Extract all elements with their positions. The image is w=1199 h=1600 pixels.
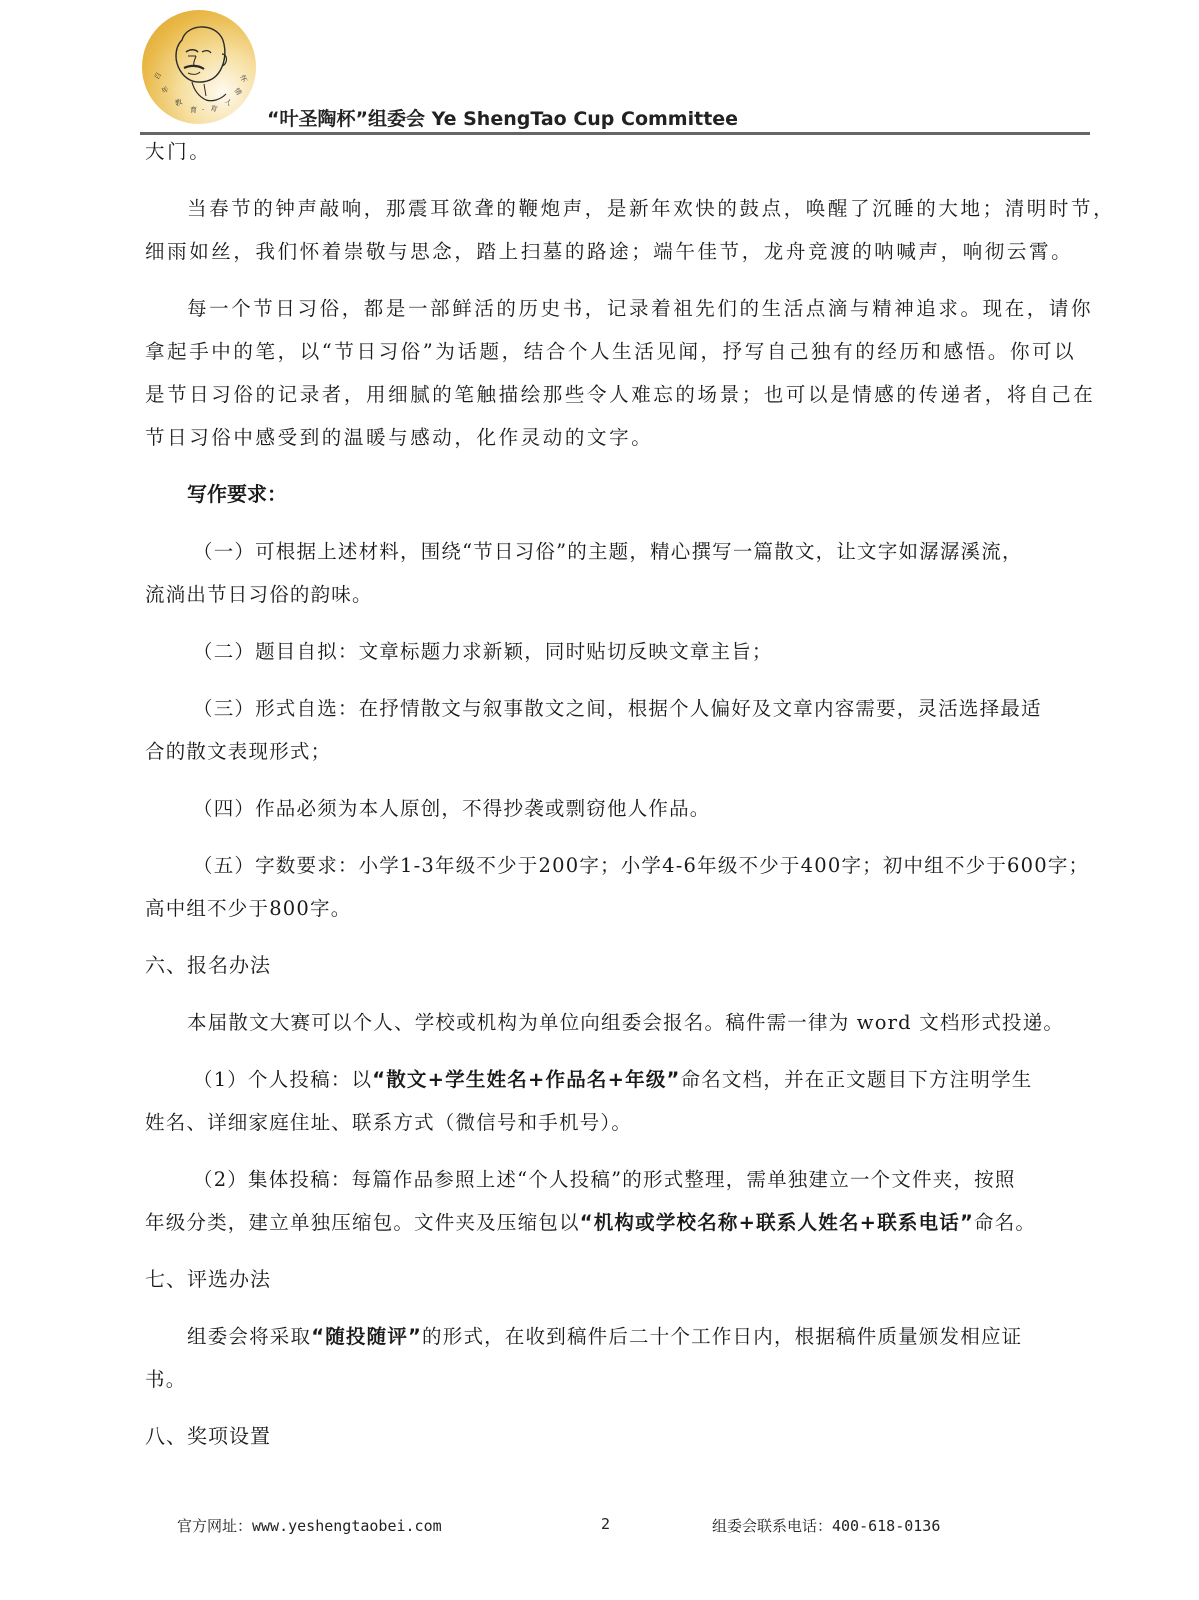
requirement-item-5: （五）字数要求：小学1-3年级不少于200字；小学4-6年级不少于400字；初中…	[145, 844, 1069, 930]
item-suffix: 命名文档，并在正文题目下方注明学生	[681, 1068, 1033, 1091]
requirement-item-1: （一）可根据上述材料，围绕“节日习俗”的主题，精心撰写一篇散文，让文字如潺潺溪流…	[145, 530, 1069, 616]
ye-shengtao-logo: 百 年 教 育 · 育 人 情 怀	[142, 10, 256, 124]
naming-format-individual: “散文+学生姓名+作品名+年级”	[372, 1068, 680, 1091]
eval-suffix: 的形式，在收到稿件后二十个工作日内，根据稿件质量颁发相应证	[422, 1325, 1022, 1348]
svg-text:育: 育	[209, 103, 218, 114]
requirement-line: （2）集体投稿：每篇作品参照上述“个人投稿”的形式整理，需单独建立一个文件夹，按…	[145, 1158, 1069, 1201]
paragraph-line: 拿起手中的笔，以“节日习俗”为话题，结合个人生活见闻，抒写自己独有的经历和感悟。…	[145, 330, 1069, 373]
section-heading-awards: 八、奖项设置	[145, 1415, 1069, 1458]
svg-text:人: 人	[223, 96, 234, 107]
eval-prefix: 组委会将采取	[187, 1325, 311, 1348]
page-footer: 官方网址：www.yeshengtaobei.com 2 组委会联系电话：400…	[0, 1515, 1199, 1545]
registration-intro: 本届散文大赛可以个人、学校或机构为单位向组委会报名。稿件需一律为 word 文档…	[145, 1001, 1069, 1044]
requirement-line: （五）字数要求：小学1-3年级不少于200字；小学4-6年级不少于400字；初中…	[145, 844, 1069, 887]
paragraph-line: 节日习俗中感受到的温暖与感动，化作灵动的文字。	[145, 416, 1069, 459]
svg-text:百: 百	[153, 71, 163, 81]
naming-format-group: “机构或学校名称+联系人姓名+联系电话”	[580, 1211, 974, 1234]
evaluation-paragraph: 组委会将采取“随投随评”的形式，在收到稿件后二十个工作日内，根据稿件质量颁发相应…	[145, 1315, 1069, 1401]
item-prefix: 年级分类，建立单独压缩包。文件夹及压缩包以	[145, 1211, 580, 1234]
registration-item-group: （2）集体投稿：每篇作品参照上述“个人投稿”的形式整理，需单独建立一个文件夹，按…	[145, 1158, 1069, 1244]
item-suffix: 命名。	[974, 1211, 1036, 1234]
svg-text:年: 年	[160, 84, 171, 95]
requirement-line: （1）个人投稿：以“散文+学生姓名+作品名+年级”命名文档，并在正文题目下方注明…	[145, 1058, 1069, 1101]
page-number: 2	[601, 1515, 610, 1533]
requirement-line: （三）形式自选：在抒情散文与叙事散文之间，根据个人偏好及文章内容需要，灵活选择最…	[145, 687, 1069, 730]
item-prefix: （1）个人投稿：以	[193, 1068, 372, 1091]
svg-text:情: 情	[232, 86, 243, 97]
contact-phone: 组委会联系电话：400-618-0136	[712, 1515, 940, 1536]
paragraph-line: 细雨如丝，我们怀着崇敬与思念，踏上扫墓的路途；端午佳节，龙舟竞渡的呐喊声，响彻云…	[145, 230, 1069, 273]
page-header: 百 年 教 育 · 育 人 情 怀 “叶圣陶杯”组委会 Ye ShengTao …	[140, 8, 1090, 136]
writing-requirements-heading: 写作要求：	[145, 473, 1069, 516]
evaluation-method: “随投随评”	[311, 1325, 422, 1348]
committee-title: “叶圣陶杯”组委会 Ye ShengTao Cup Committee	[267, 104, 738, 131]
paragraph-line: 组委会将采取“随投随评”的形式，在收到稿件后二十个工作日内，根据稿件质量颁发相应…	[145, 1315, 1069, 1358]
requirement-line: 高中组不少于800字。	[145, 887, 1069, 930]
registration-item-individual: （1）个人投稿：以“散文+学生姓名+作品名+年级”命名文档，并在正文题目下方注明…	[145, 1058, 1069, 1144]
requirement-line: 合的散文表现形式；	[145, 730, 1069, 773]
requirement-line: 姓名、详细家庭住址、联系方式（微信号和手机号）。	[145, 1101, 1069, 1144]
requirement-line: 年级分类，建立单独压缩包。文件夹及压缩包以“机构或学校名称+联系人姓名+联系电话…	[145, 1201, 1069, 1244]
requirement-item-2: （二）题目自拟：文章标题力求新颖，同时贴切反映文章主旨；	[145, 630, 1069, 673]
requirement-line: （二）题目自拟：文章标题力求新颖，同时贴切反映文章主旨；	[145, 630, 1069, 673]
paragraph-line: 是节日习俗的记录者，用细腻的笔触描绘那些令人难忘的场景；也可以是情感的传递者，将…	[145, 373, 1069, 416]
svg-text:教: 教	[174, 97, 184, 108]
paragraph-line: 每一个节日习俗，都是一部鲜活的历史书，记录着祖先们的生活点滴与精神追求。现在，请…	[145, 287, 1069, 330]
section-heading-evaluation: 七、评选办法	[145, 1258, 1069, 1301]
continued-line: 大门。	[145, 130, 1069, 173]
document-body: 大门。 当春节的钟声敲响，那震耳欲聋的鞭炮声，是新年欢快的鼓点，唤醒了沉睡的大地…	[145, 130, 1069, 1458]
intro-paragraph-prompt: 每一个节日习俗，都是一部鲜活的历史书，记录着祖先们的生活点滴与精神追求。现在，请…	[145, 287, 1069, 459]
svg-text:育: 育	[190, 105, 197, 114]
paragraph-line: 书。	[145, 1358, 1069, 1401]
svg-text:怀: 怀	[238, 74, 249, 85]
paragraph-line: 当春节的钟声敲响，那震耳欲聋的鞭炮声，是新年欢快的鼓点，唤醒了沉睡的大地；清明时…	[145, 187, 1069, 230]
requirement-line: 流淌出节日习俗的韵味。	[145, 573, 1069, 616]
official-website: 官方网址：www.yeshengtaobei.com	[177, 1515, 442, 1536]
portrait-icon: 百 年 教 育 · 育 人 情 怀	[142, 10, 256, 124]
requirement-line: （四）作品必须为本人原创，不得抄袭或剽窃他人作品。	[145, 787, 1069, 830]
svg-text:·: ·	[202, 106, 204, 114]
requirement-line: （一）可根据上述材料，围绕“节日习俗”的主题，精心撰写一篇散文，让文字如潺潺溪流…	[145, 530, 1069, 573]
requirement-item-4: （四）作品必须为本人原创，不得抄袭或剽窃他人作品。	[145, 787, 1069, 830]
requirement-item-3: （三）形式自选：在抒情散文与叙事散文之间，根据个人偏好及文章内容需要，灵活选择最…	[145, 687, 1069, 773]
intro-paragraph-festivals: 当春节的钟声敲响，那震耳欲聋的鞭炮声，是新年欢快的鼓点，唤醒了沉睡的大地；清明时…	[145, 187, 1069, 273]
section-heading-registration: 六、报名办法	[145, 944, 1069, 987]
